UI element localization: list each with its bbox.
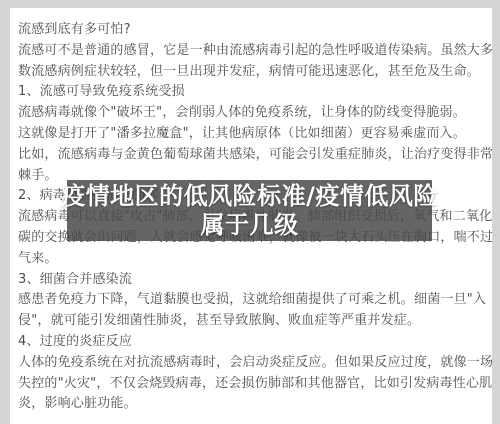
page-frame: 流感到底有多可怕? 流感可不是普通的感冒，它是一种由流感病毒引起的急性呼吸道传染… (0, 0, 500, 424)
article-line: 失控的"火灾"，不仅会烧毁病毒，还会损伤肺部和其他器官，比如引发病毒性心肌 (18, 374, 492, 395)
overlay-title-line1: 疫情地区的低风险标准/疫情低风险 (61, 182, 438, 211)
overlay-title-line2: 属于几级 (201, 211, 299, 240)
article-heading-line: 3、细菌合并感染流 (18, 270, 492, 291)
article-title-line: 流感到底有多可怕? (18, 20, 492, 41)
article-line: 气来。 (18, 249, 492, 270)
article-line: 流感病毒就像个"破坏王"，会削弱人体的免疫系统，让身体的防线变得脆弱。 (18, 103, 492, 124)
article-line: 流感可不是普通的感冒，它是一种由流感病毒引起的急性呼吸道传染病。虽然大多 (18, 41, 492, 62)
article-line: 这就像是打开了"潘多拉魔盒"，让其他病原体（比如细菌）更容易乘虚而入。 (18, 124, 492, 145)
article-line: 人体的免疫系统在对抗流感病毒时，会启动炎症反应。但如果反应过度，就像一场 (18, 353, 492, 374)
title-overlay-banner: 疫情地区的低风险标准/疫情低风险 属于几级 (67, 180, 432, 241)
article-line: 炎，影响心脏功能。 (18, 394, 492, 415)
article-line: 侵"，就可能引发细菌性肺炎，甚至导致脓胸、败血症等严重并发症。 (18, 311, 492, 332)
article-heading-line: 4、过度的炎症反应 (18, 332, 492, 353)
article-line: 比如，流感病毒与金黄色葡萄球菌共感染，可能会引发重症肺炎，让治疗变得非常 (18, 145, 492, 166)
article-line: 感患者免疫力下降，气道黏膜也受损，这就给细菌提供了可乘之机。细菌一旦"入 (18, 290, 492, 311)
article-heading-line: 1、流感可导致免疫系统受损 (18, 82, 492, 103)
article-line: 数流感病例症状较轻，但一旦出现并发症，病情可能迅速恶化，甚至危及生命。 (18, 62, 492, 83)
